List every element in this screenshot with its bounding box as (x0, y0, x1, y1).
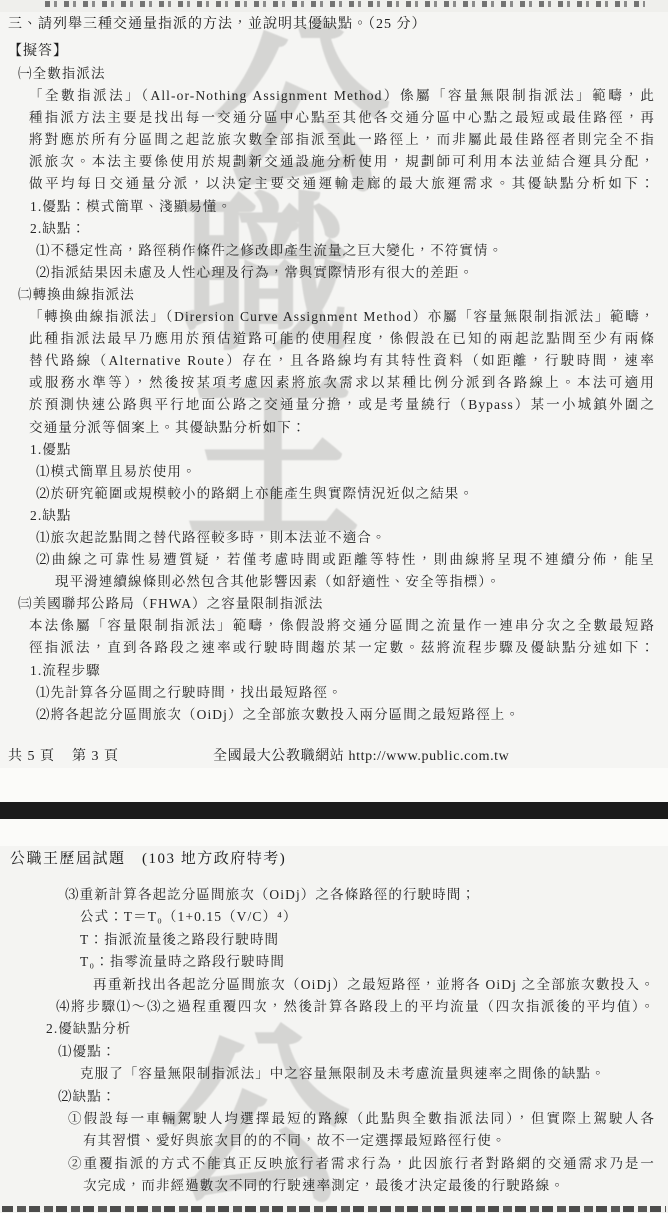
body-line: 再重新找出各起訖分區間旅次（OiDj）之最短路徑，並將各 OiDj 之全部旅次數… (0, 974, 668, 996)
section-heading: ㈢美國聯邦公路局（FHWA）之容量限制指派法 (0, 593, 668, 615)
scanned-document: 公 職 王 公 三、請列舉三種交通量指派的方法，並說明其優缺點。（25 分） 【… (0, 0, 668, 1213)
formula-definition: T₀：指零流量時之路段行駛時間 (0, 951, 668, 973)
sub-item: ⑴不穩定性高，路徑稍作條件之修改即產生流量之巨大變化，不符實情。 (0, 240, 668, 262)
list-item: 1.優點 (0, 439, 668, 461)
sub-item: ⑵將各起訖分區間旅次（OiDj）之全部旅次數投入兩分區間之最短路徑上。 (0, 704, 668, 726)
section-heading: ㈠全數指派法 (0, 63, 668, 85)
sub-item: ⑵於研究範圍或規模較小的路網上亦能產生與實際情況近似之結果。 (0, 483, 668, 505)
page2-header: 公職王歷屆試題 (103 地方政府特考) (0, 847, 668, 868)
circled-item: ①假設每一車輛駕駛人均選擇最短的路線（此點與全數指派法同），但實際上駕駛人各 (0, 1108, 668, 1130)
body-line: 種指派方法主要是找出每一交通分區中心點至其他各交通分區中心點之最短或最佳路徑，再 (0, 107, 668, 129)
sub-item: ⑴先計算各分區間之行駛時間，找出最短路徑。 (0, 682, 668, 704)
sub-item: ⑵曲線之可靠性易遭質疑，若僅考慮時間或距離等特性，則曲線將呈現不連續分佈，能呈 (0, 549, 668, 571)
page-separator-bar (0, 802, 668, 819)
body-line: 克服了「容量無限制指派法」中之容量無限制及未考慮流量與速率之間係的缺點。 (0, 1063, 668, 1085)
body-line: 或服務水準等），然後按某項考慮因素將旅次需求以某種比例分派到各路線上。本法可適用 (0, 372, 668, 394)
question-line: 三、請列舉三種交通量指派的方法，並說明其優缺點。（25 分） (0, 13, 668, 33)
list-item: 2.優缺點分析 (0, 1018, 668, 1040)
site-url-text: 全國最大公教職網站 http://www.public.com.tw (213, 745, 509, 765)
list-item: 2.缺點 (0, 505, 668, 527)
sub-item: ⑵缺點： (0, 1086, 668, 1108)
circled-item-continuation: 有其習慣、愛好與旅次目的的不同，故不一定選擇最短路徑行使。 (0, 1130, 668, 1152)
answer-label: 【擬答】 (0, 40, 668, 60)
body-line: 替代路線（Alternative Route）存在，且各路線均有其特性資料（如距… (0, 350, 668, 372)
page1-bottom-margin (0, 768, 668, 802)
body-line: 本法係屬「容量限制指派法」範疇，係假設將交通分區間之流量作一連串分次之全數最短路 (0, 615, 668, 637)
sub-item: ⑵指派結果因未慮及人性心理及行為，常與實際情形有很大的差距。 (0, 262, 668, 284)
list-item: 1.流程步驟 (0, 660, 668, 682)
sub-item: ⑷將步驟⑴～⑶之過程重覆四次，然後計算各路段上的平均流量（四次指派後的平均值）。 (0, 996, 668, 1018)
page2-top-margin (0, 819, 668, 846)
sub-item: ⑴旅次起訖點間之替代路徑較多時，則本法並不適合。 (0, 527, 668, 549)
formula-line: 公式：T＝T₀（1+0.15（V/C）⁴） (0, 906, 668, 928)
body-line: 此種指派法最早乃應用於預估道路可能的使用程度，係假設在已知的兩起訖點間至少有兩條 (0, 328, 668, 350)
section-heading: ㈡轉換曲線指派法 (0, 284, 668, 306)
body-line: 交通量分派等個案上。其優缺點分析如下： (0, 417, 668, 439)
formula-definition: T：指派流量後之路段行駛時間 (0, 929, 668, 951)
body-line: 派旅次。本法主要係使用於規劃新交通設施分析使用，規劃師可利用本法並結合運具分配， (0, 151, 668, 173)
page2-body: ⑶重新計算各起訖分區間旅次（OiDj）之各條路徑的行駛時間； 公式：T＝T₀（1… (0, 884, 668, 1197)
current-page-label: 第 3 頁 (72, 745, 119, 765)
clipped-previous-text-line (45, 1, 645, 7)
sub-item: ⑶重新計算各起訖分區間旅次（OiDj）之各條路徑的行駛時間； (0, 884, 668, 906)
body-line: 做平均每日交通量分派，以決定主要交通運輸走廊的最大旅運需求。其優缺點分析如下： (0, 173, 668, 195)
sub-item: ⑴模式簡單且易於使用。 (0, 461, 668, 483)
list-item: 1.優點：模式簡單、淺顯易懂。 (0, 196, 668, 218)
page1-body: ㈠全數指派法 「全數指派法」（All-or-Nothing Assignment… (0, 63, 668, 726)
circled-item-continuation: 次完成，而非經過數次不同的行駛速率測定，最後才決定最後的行駛路線。 (0, 1175, 668, 1197)
body-line: 「全數指派法」（All-or-Nothing Assignment Method… (0, 85, 668, 107)
total-pages-label: 共 5 頁 (8, 745, 55, 765)
circled-item: ②重覆指派的方式不能真正反映旅行者需求行為，此因旅行者對路網的交通需求乃是一 (0, 1153, 668, 1175)
sub-item: ⑴優點： (0, 1041, 668, 1063)
body-line: 「轉換曲線指派法」（Dirersion Curve Assignment Met… (0, 306, 668, 328)
list-item: 2.缺點： (0, 218, 668, 240)
body-line: 將對應於所有分區間之起訖旅次數全部指派至此一路徑上，而非屬此最佳路徑者則完全不指 (0, 129, 668, 151)
body-line: 徑指派法，直到各路段之速率或行駛時間趨於某一定數。茲將流程步驟及優缺點分述如下： (0, 637, 668, 659)
body-line: 於預測快速公路與平行地面公路之交通量分擔，或是考量繞行（Bypass）某一小城鎮… (0, 394, 668, 416)
sub-item-continuation: 現平滑連續線條則必然包含其他影響因素（如舒適性、安全等指標）。 (0, 571, 668, 593)
